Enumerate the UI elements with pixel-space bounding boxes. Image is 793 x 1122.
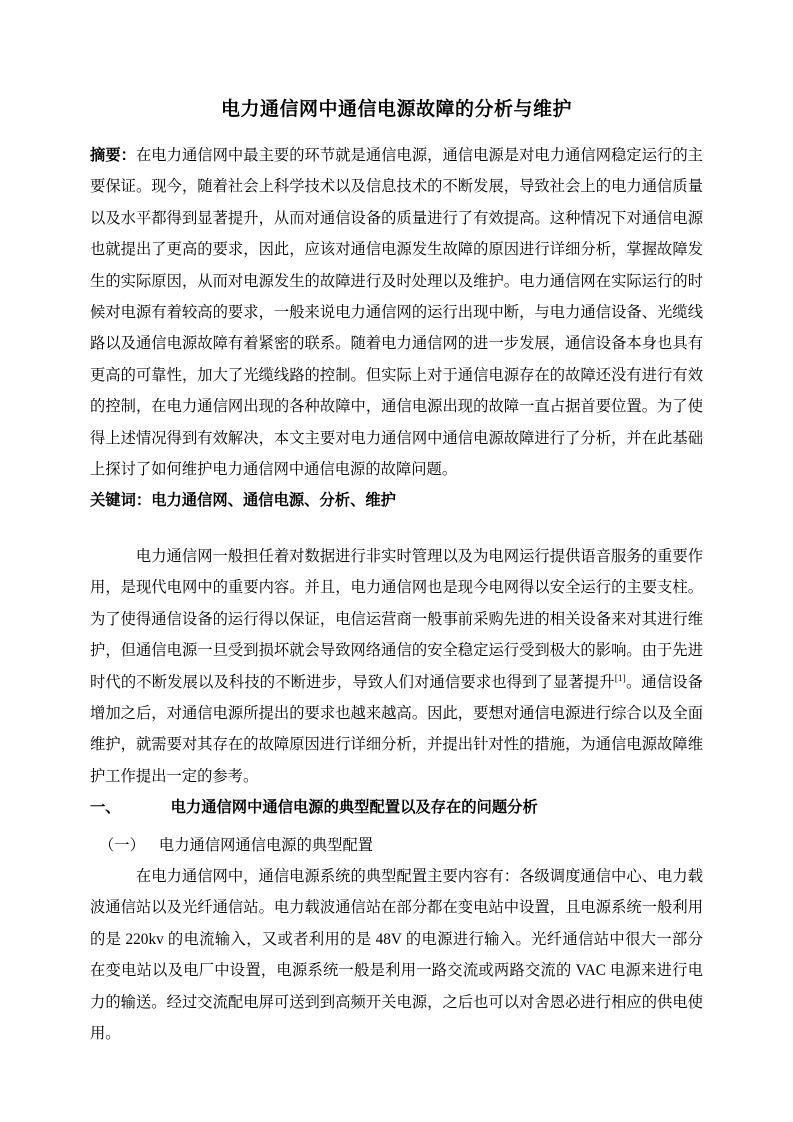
intro-paragraph: 电力通信网一般担任着对数据进行非实时管理以及为电网运行提供语音服务的重要作用，是… <box>90 541 703 792</box>
subsection-1-heading: （一）电力通信网通信电源的典型配置 <box>90 830 703 861</box>
keywords-paragraph: 关键词：电力通信网、通信电源、分析、维护 <box>90 485 703 516</box>
document-page: 电力通信网中通信电源故障的分析与维护 摘要：在电力通信网中最主要的环节就是通信电… <box>0 0 793 1122</box>
keywords-label: 关键词： <box>90 492 151 509</box>
section-1-title: 电力通信网中通信电源的典型配置以及存在的问题分析 <box>171 799 538 816</box>
abstract-text: 在电力通信网中最主要的环节就是通信电源，通信电源是对电力通信网稳定运行的主要保证… <box>90 147 703 478</box>
abstract-paragraph: 摘要：在电力通信网中最主要的环节就是通信电源，通信电源是对电力通信网稳定运行的主… <box>90 140 703 485</box>
citation-marker: [1] <box>615 673 626 683</box>
abstract-label: 摘要： <box>90 147 136 164</box>
body-paragraph: 在电力通信网中，通信电源系统的典型配置主要内容有：各级调度通信中心、电力载波通信… <box>90 861 703 1049</box>
section-1-number: 一、 <box>90 792 121 823</box>
document-title: 电力通信网中通信电源故障的分析与维护 <box>90 0 703 124</box>
section-1-heading: 一、电力通信网中通信电源的典型配置以及存在的问题分析 <box>90 792 703 823</box>
subsection-1-title: 电力通信网通信电源的典型配置 <box>159 837 373 854</box>
intro-text-before-citation: 电力通信网一般担任着对数据进行非实时管理以及为电网运行提供语音服务的重要作用，是… <box>90 548 703 691</box>
subsection-1-number: （一） <box>99 830 145 861</box>
document-content: 电力通信网中通信电源故障的分析与维护 摘要：在电力通信网中最主要的环节就是通信电… <box>0 0 793 1049</box>
keywords-text: 电力通信网、通信电源、分析、维护 <box>151 492 396 509</box>
